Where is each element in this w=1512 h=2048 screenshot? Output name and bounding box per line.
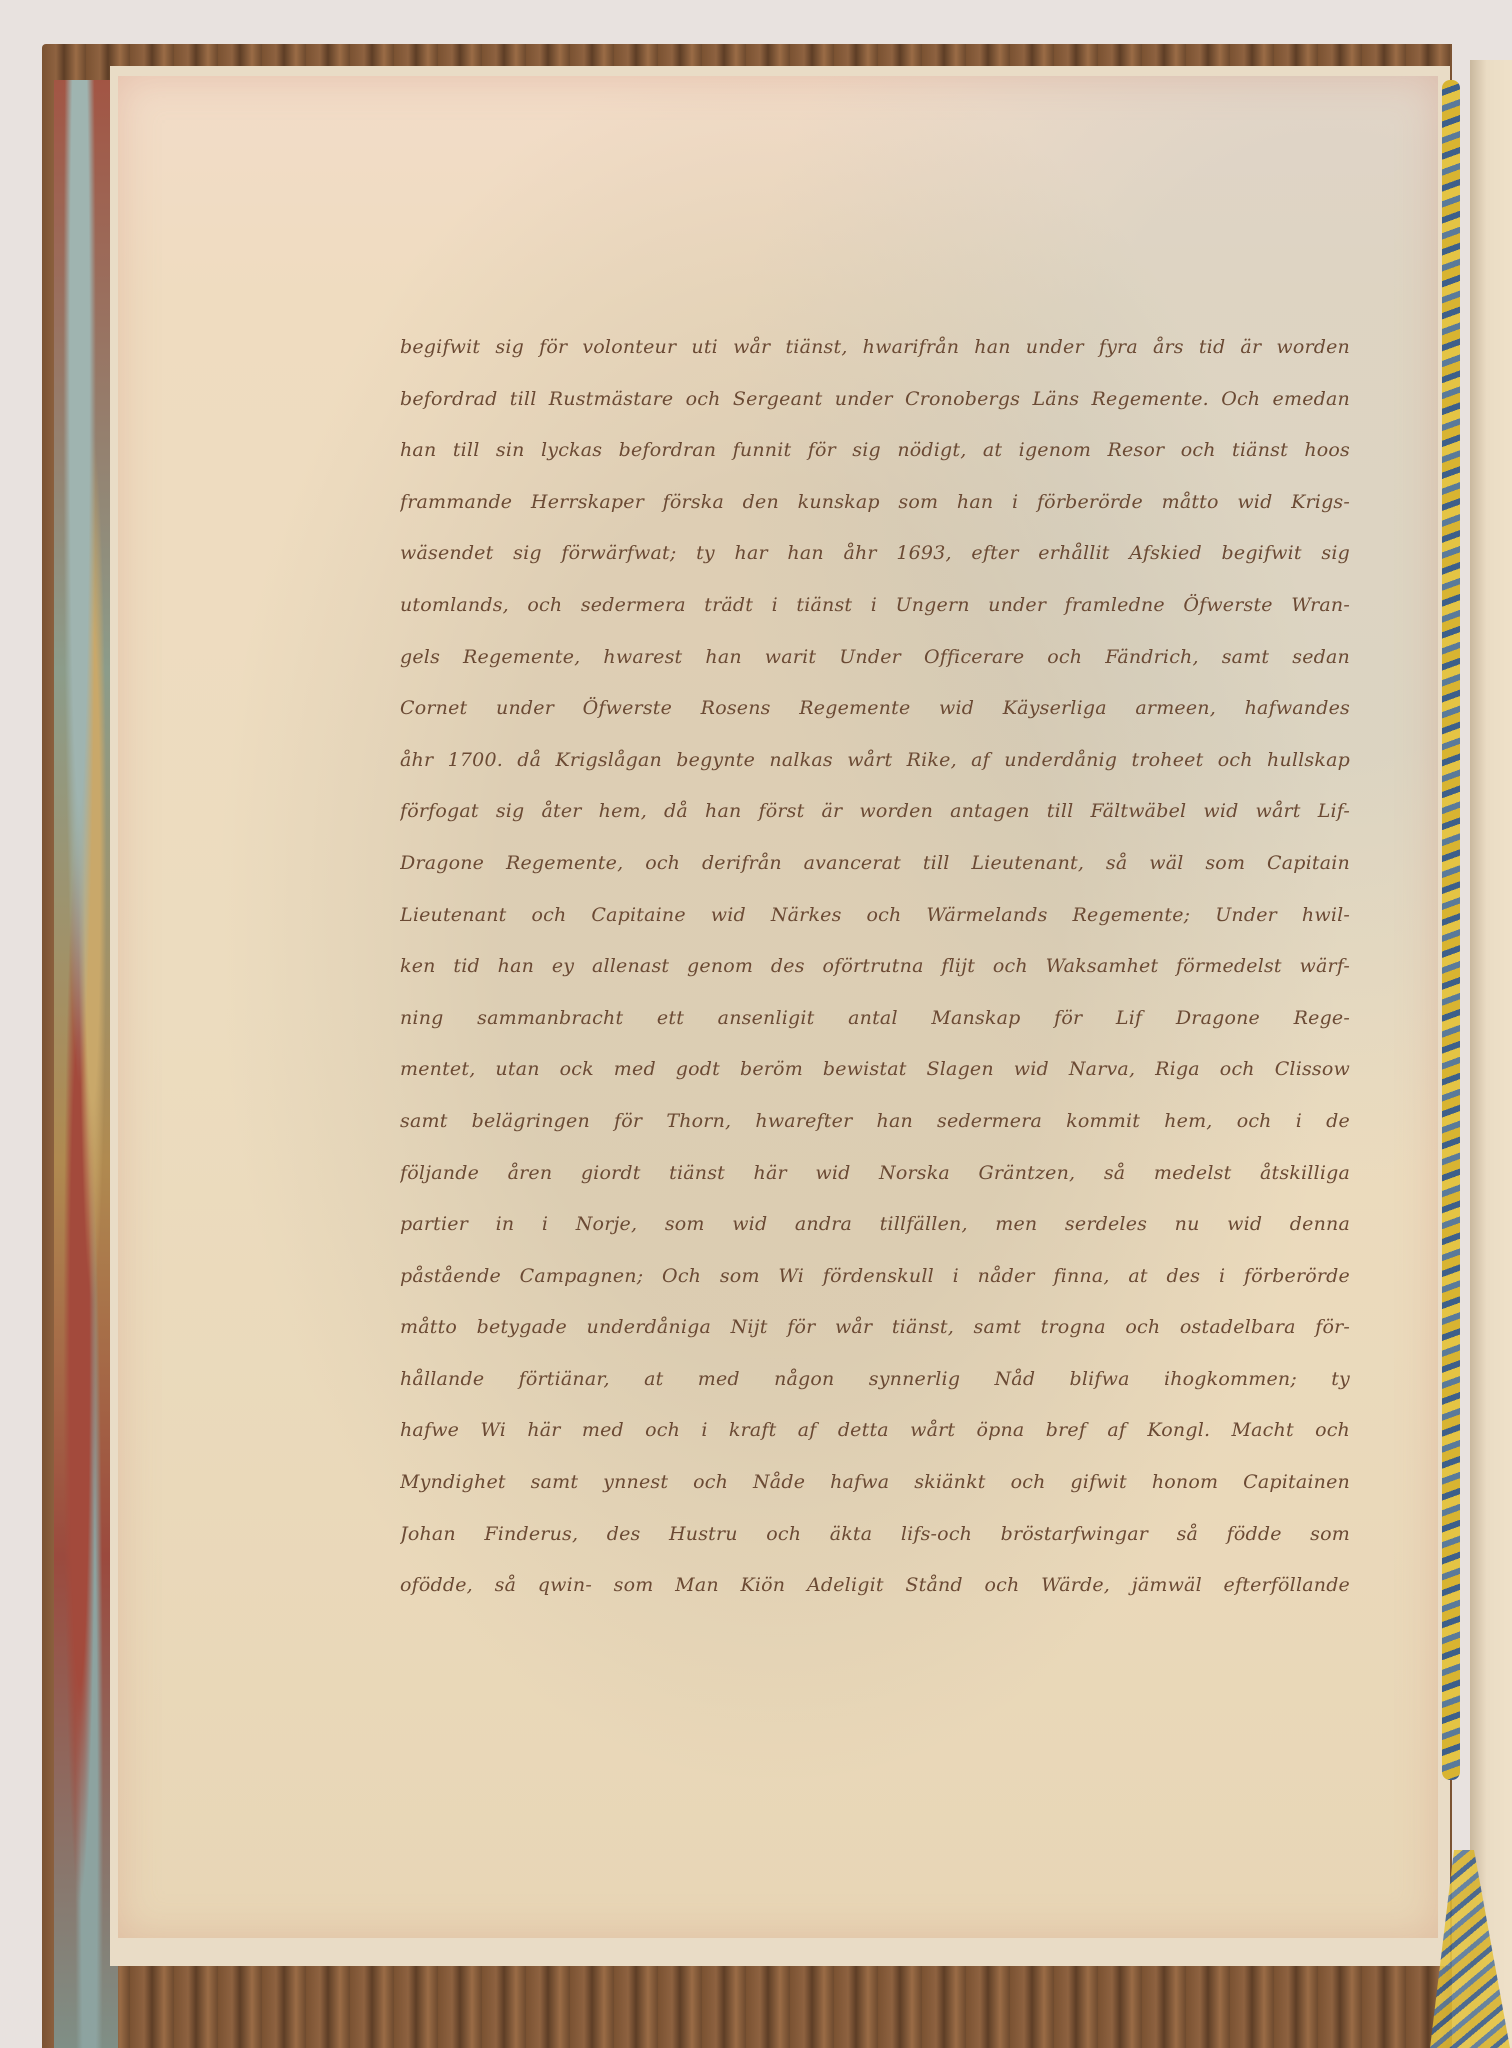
marbled-endpaper	[54, 80, 118, 2048]
text-line: mentet, utan ock med godt beröm bewistat…	[400, 1044, 1350, 1096]
text-line: befordrad till Rustmästare och Sergeant …	[400, 374, 1350, 426]
text-line: ofödde, så qwin- som Man Kiön Adeligit S…	[400, 1560, 1350, 1612]
text-line: gels Regemente, hwarest han warit Under …	[400, 632, 1350, 684]
text-line: Lieutenant och Capitaine wid Närkes och …	[400, 890, 1350, 942]
text-line: Myndighet samt ynnest och Nåde hafwa ski…	[400, 1457, 1350, 1509]
text-line: åhr 1700. då Krigslågan begynte nalkas w…	[400, 735, 1350, 787]
text-line: hållande förtiänar, at med någon synnerl…	[400, 1354, 1350, 1406]
manuscript-text: begifwit sig för volonteur uti wår tiäns…	[400, 322, 1350, 1612]
text-line: förfogat sig åter hem, då han först är w…	[400, 786, 1350, 838]
facing-page-edge	[1470, 60, 1512, 2048]
text-line: Johan Finderus, des Hustru och äkta lifs…	[400, 1509, 1350, 1561]
text-line: hafwe Wi här med och i kraft af detta wå…	[400, 1405, 1350, 1457]
text-line: Dragone Regemente, och derifrån avancera…	[400, 838, 1350, 890]
text-line: måtto betygade underdåniga Nijt för wår …	[400, 1302, 1350, 1354]
text-line: samt belägringen för Thorn, hwarefter ha…	[400, 1096, 1350, 1148]
text-line: begifwit sig för volonteur uti wår tiäns…	[400, 322, 1350, 374]
text-line: han till sin lyckas befordran funnit för…	[400, 425, 1350, 477]
text-line: wäsendet sig förwärfwat; ty har han åhr …	[400, 528, 1350, 580]
text-line: påstående Campagnen; Och som Wi fördensk…	[400, 1251, 1350, 1303]
text-line: frammande Herrskaper förska den kunskap …	[400, 477, 1350, 529]
text-line: Cornet under Öfwerste Rosens Regemente w…	[400, 683, 1350, 735]
text-line: följande åren giordt tiänst här wid Nors…	[400, 1148, 1350, 1200]
text-line: ning sammanbracht ett ansenligit antal M…	[400, 993, 1350, 1045]
text-line: ken tid han ey allenast genom des oförtr…	[400, 941, 1350, 993]
text-line: utomlands, och sedermera trädt i tiänst …	[400, 580, 1350, 632]
text-line: partier in i Norje, som wid andra tillfä…	[400, 1199, 1350, 1251]
bookmark-cord	[1442, 80, 1460, 1780]
